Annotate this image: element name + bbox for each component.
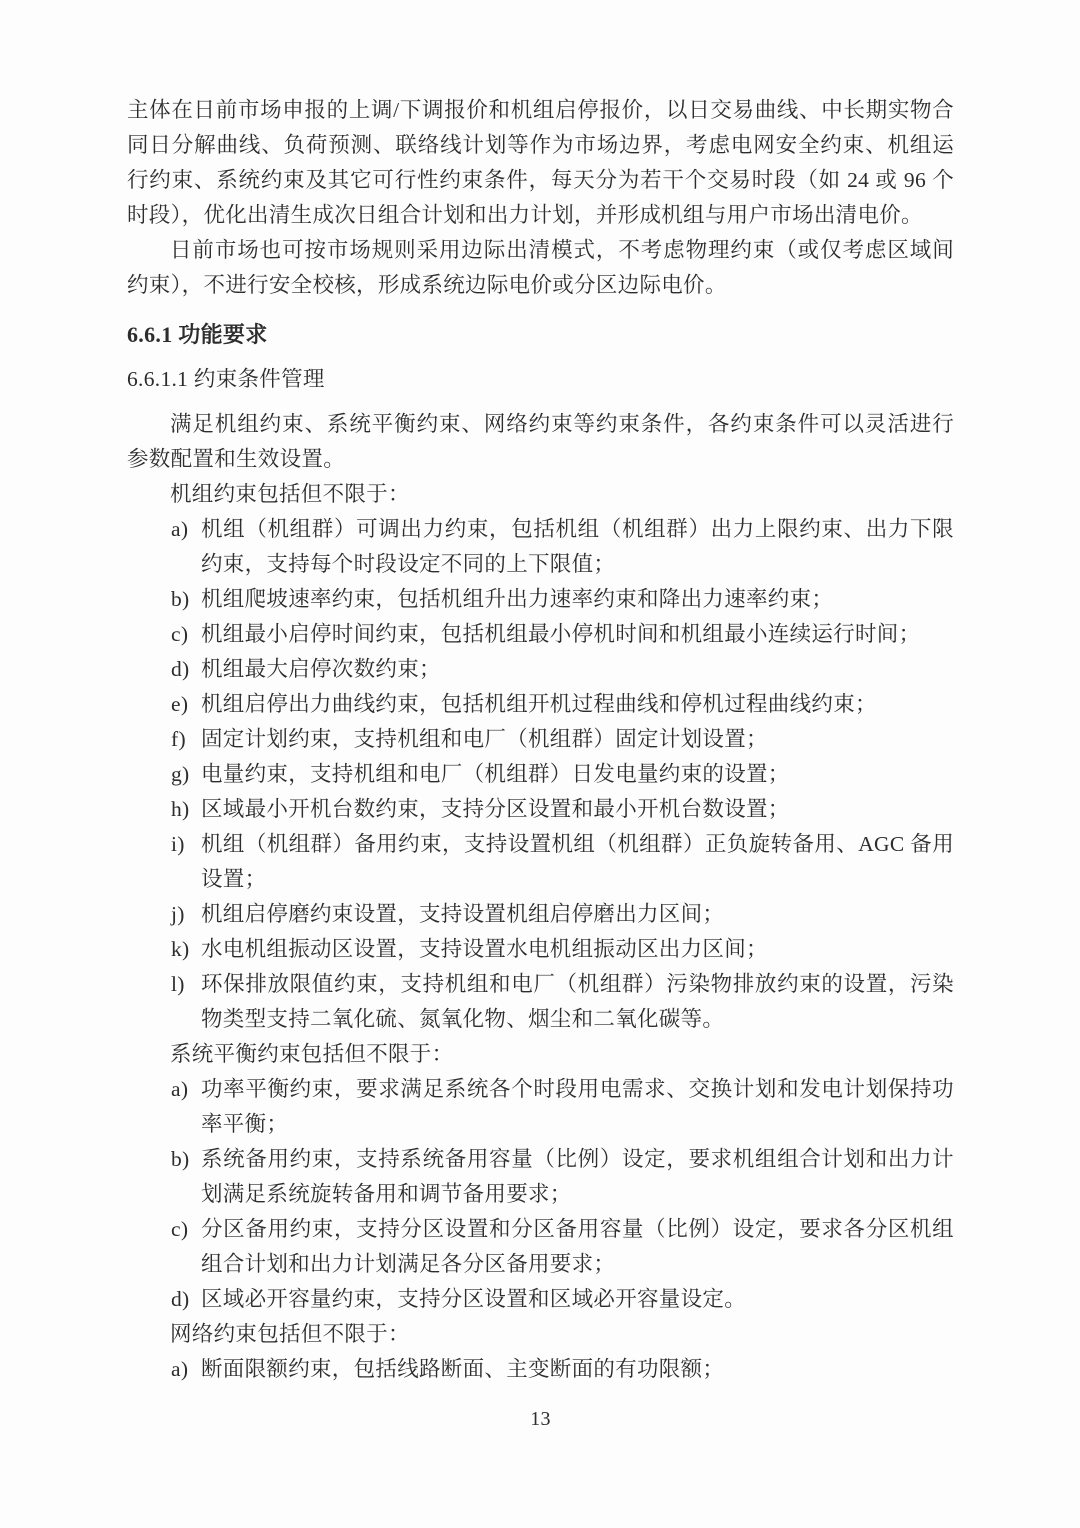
list-marker: f) xyxy=(171,722,186,757)
list-item: b) 系统备用约束，支持系统备用容量（比例）设定，要求机组组合计划和出力计划满足… xyxy=(127,1142,954,1212)
subsection-heading-constraint-management: 6.6.1.1 约束条件管理 xyxy=(127,362,954,397)
list-marker: b) xyxy=(171,582,190,617)
list-item: f) 固定计划约束，支持机组和电厂（机组群）固定计划设置； xyxy=(127,722,954,757)
list-marker: a) xyxy=(171,512,188,547)
section-heading-functional-requirements: 6.6.1 功能要求 xyxy=(127,317,954,352)
list-marker: c) xyxy=(171,617,188,652)
list-item: k) 水电机组振动区设置，支持设置水电机组振动区出力区间； xyxy=(127,932,954,967)
list-item-text: 机组（机组群）可调出力约束，包括机组（机组群）出力上限约束、出力下限约束，支持每… xyxy=(201,517,954,576)
list-marker: d) xyxy=(171,652,190,687)
list-item-text: 机组最小启停时间约束，包括机组最小停机时间和机组最小连续运行时间； xyxy=(201,622,920,646)
list-marker: l) xyxy=(171,967,185,1002)
list-item: l) 环保排放限值约束，支持机组和电厂（机组群）污染物排放约束的设置，污染物类型… xyxy=(127,967,954,1037)
page-number: 13 xyxy=(127,1403,954,1435)
list-item: a) 机组（机组群）可调出力约束，包括机组（机组群）出力上限约束、出力下限约束，… xyxy=(127,512,954,582)
list-item: a) 功率平衡约束，要求满足系统各个时段用电需求、交换计划和发电计划保持功率平衡… xyxy=(127,1072,954,1142)
list-intro-network-constraints: 网络约束包括但不限于： xyxy=(127,1317,954,1352)
list-item: c) 机组最小启停时间约束，包括机组最小停机时间和机组最小连续运行时间； xyxy=(127,617,954,652)
paragraph-marginal-clearing: 日前市场也可按市场规则采用边际出清模式，不考虑物理约束（或仅考虑区域间约束），不… xyxy=(127,233,954,303)
list-item-text: 分区备用约束，支持分区设置和分区备用容量（比例）设定，要求各分区机组组合计划和出… xyxy=(201,1217,954,1276)
list-item-text: 区域必开容量约束，支持分区设置和区域必开容量设定。 xyxy=(201,1287,746,1311)
list-item: i) 机组（机组群）备用约束，支持设置机组（机组群）正负旋转备用、AGC 备用设… xyxy=(127,827,954,897)
list-item-text: 机组最大启停次数约束； xyxy=(201,657,441,681)
list-item: e) 机组启停出力曲线约束，包括机组开机过程曲线和停机过程曲线约束； xyxy=(127,687,954,722)
list-item: c) 分区备用约束，支持分区设置和分区备用容量（比例）设定，要求各分区机组组合计… xyxy=(127,1212,954,1282)
list-item-text: 机组爬坡速率约束，包括机组升出力速率约束和降出力速率约束； xyxy=(201,587,833,611)
list-item: h) 区域最小开机台数约束，支持分区设置和最小开机台数设置； xyxy=(127,792,954,827)
list-item-text: 环保排放限值约束，支持机组和电厂（机组群）污染物排放约束的设置，污染物类型支持二… xyxy=(201,972,954,1031)
list-item: d) 区域必开容量约束，支持分区设置和区域必开容量设定。 xyxy=(127,1282,954,1317)
list-marker: k) xyxy=(171,932,190,967)
list-marker: h) xyxy=(171,792,190,827)
list-item-text: 机组启停磨约束设置，支持设置机组启停磨出力区间； xyxy=(201,902,724,926)
list-item-text: 水电机组振动区设置，支持设置水电机组振动区出力区间； xyxy=(201,937,768,961)
list-marker: a) xyxy=(171,1072,188,1107)
list-item: a) 断面限额约束，包括线路断面、主变断面的有功限额； xyxy=(127,1352,954,1387)
list-marker: a) xyxy=(171,1352,188,1387)
list-marker: j) xyxy=(171,897,185,932)
list-item-text: 机组（机组群）备用约束，支持设置机组（机组群）正负旋转备用、AGC 备用设置； xyxy=(201,832,954,891)
list-item-text: 断面限额约束，包括线路断面、主变断面的有功限额； xyxy=(201,1357,724,1381)
list-marker: i) xyxy=(171,827,185,862)
paragraph-constraint-overview: 满足机组约束、系统平衡约束、网络约束等约束条件，各约束条件可以灵活进行参数配置和… xyxy=(127,407,954,477)
list-item: j) 机组启停磨约束设置，支持设置机组启停磨出力区间； xyxy=(127,897,954,932)
list-marker: g) xyxy=(171,757,190,792)
list-item-text: 区域最小开机台数约束，支持分区设置和最小开机台数设置； xyxy=(201,797,790,821)
list-item-text: 电量约束，支持机组和电厂（机组群）日发电量约束的设置； xyxy=(201,762,790,786)
list-item-text: 系统备用约束，支持系统备用容量（比例）设定，要求机组组合计划和出力计划满足系统旋… xyxy=(201,1147,954,1206)
list-marker: e) xyxy=(171,687,188,722)
list-item: b) 机组爬坡速率约束，包括机组升出力速率约束和降出力速率约束； xyxy=(127,582,954,617)
paragraph-market-clearing: 主体在日前市场申报的上调/下调报价和机组启停报价，以日交易曲线、中长期实物合同日… xyxy=(127,93,954,233)
list-item-text: 机组启停出力曲线约束，包括机组开机过程曲线和停机过程曲线约束； xyxy=(201,692,877,716)
list-item-text: 固定计划约束，支持机组和电厂（机组群）固定计划设置； xyxy=(201,727,768,751)
document-page: 主体在日前市场申报的上调/下调报价和机组启停报价，以日交易曲线、中长期实物合同日… xyxy=(0,0,1080,1528)
list-item: g) 电量约束，支持机组和电厂（机组群）日发电量约束的设置； xyxy=(127,757,954,792)
list-intro-system-balance-constraints: 系统平衡约束包括但不限于： xyxy=(127,1037,954,1072)
list-item: d) 机组最大启停次数约束； xyxy=(127,652,954,687)
list-marker: b) xyxy=(171,1142,190,1177)
list-marker: d) xyxy=(171,1282,190,1317)
list-item-text: 功率平衡约束，要求满足系统各个时段用电需求、交换计划和发电计划保持功率平衡； xyxy=(201,1077,954,1136)
list-intro-unit-constraints: 机组约束包括但不限于： xyxy=(127,477,954,512)
list-marker: c) xyxy=(171,1212,188,1247)
